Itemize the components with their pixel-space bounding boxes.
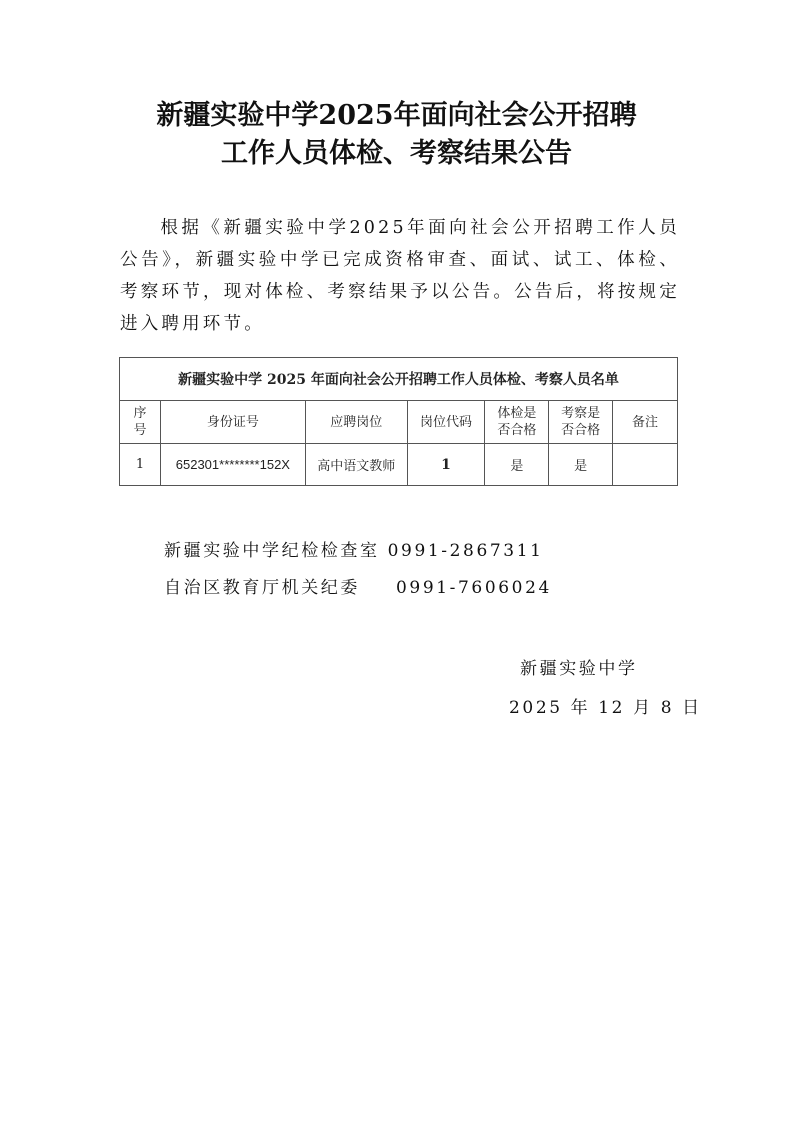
- cell-physical: 是: [485, 444, 549, 486]
- header-no: 序号: [120, 401, 161, 444]
- cell-no: 1: [120, 444, 161, 486]
- document-title-line-2: 工作人员体检、考察结果公告: [0, 136, 793, 172]
- header-remark: 备注: [613, 401, 678, 444]
- candidate-table: 新疆实验中学 2025 年面向社会公开招聘工作人员体检、考察人员名单 序号 身份…: [119, 357, 678, 486]
- body-paragraph: 根据《新疆实验中学2025年面向社会公开招聘工作人员公告》，新疆实验中学已完成资…: [120, 212, 680, 340]
- cell-code: 1: [407, 444, 485, 486]
- table-header-row: 序号 身份证号 应聘岗位 岗位代码 体检是否合格 考察是否合格 备注: [120, 401, 678, 444]
- cell-position: 高中语文教师: [305, 444, 407, 486]
- header-inspection: 考察是否合格: [549, 401, 613, 444]
- header-id: 身份证号: [160, 401, 305, 444]
- contact-name: 新疆实验中学纪检检查室: [164, 541, 380, 561]
- signature-org: 新疆实验中学: [520, 654, 638, 679]
- table-caption: 新疆实验中学 2025 年面向社会公开招聘工作人员体检、考察人员名单: [120, 358, 678, 401]
- contact-name: 自治区教育厅机关纪委: [164, 578, 360, 598]
- signature-date: 2025 年 12 月 8 日: [509, 693, 702, 718]
- header-position: 应聘岗位: [305, 401, 407, 444]
- table-row: 1 652301********152X 高中语文教师 1 是 是: [120, 444, 678, 486]
- contact-line-2: 自治区教育厅机关纪委0991-7606024: [164, 576, 552, 600]
- cell-inspection: 是: [549, 444, 613, 486]
- contact-phone: 0991-2867311: [388, 541, 544, 561]
- body-text: 根据《新疆实验中学2025年面向社会公开招聘工作人员公告》，新疆实验中学已完成资…: [120, 218, 680, 334]
- cell-id: 652301********152X: [160, 444, 305, 486]
- contact-phone: 0991-7606024: [396, 578, 552, 598]
- document-title-line-1: 新疆实验中学2025年面向社会公开招聘: [0, 98, 793, 134]
- header-code: 岗位代码: [407, 401, 485, 444]
- header-physical: 体检是否合格: [485, 401, 549, 444]
- contact-line-1: 新疆实验中学纪检检查室 0991-2867311: [164, 539, 544, 563]
- cell-remark: [613, 444, 678, 486]
